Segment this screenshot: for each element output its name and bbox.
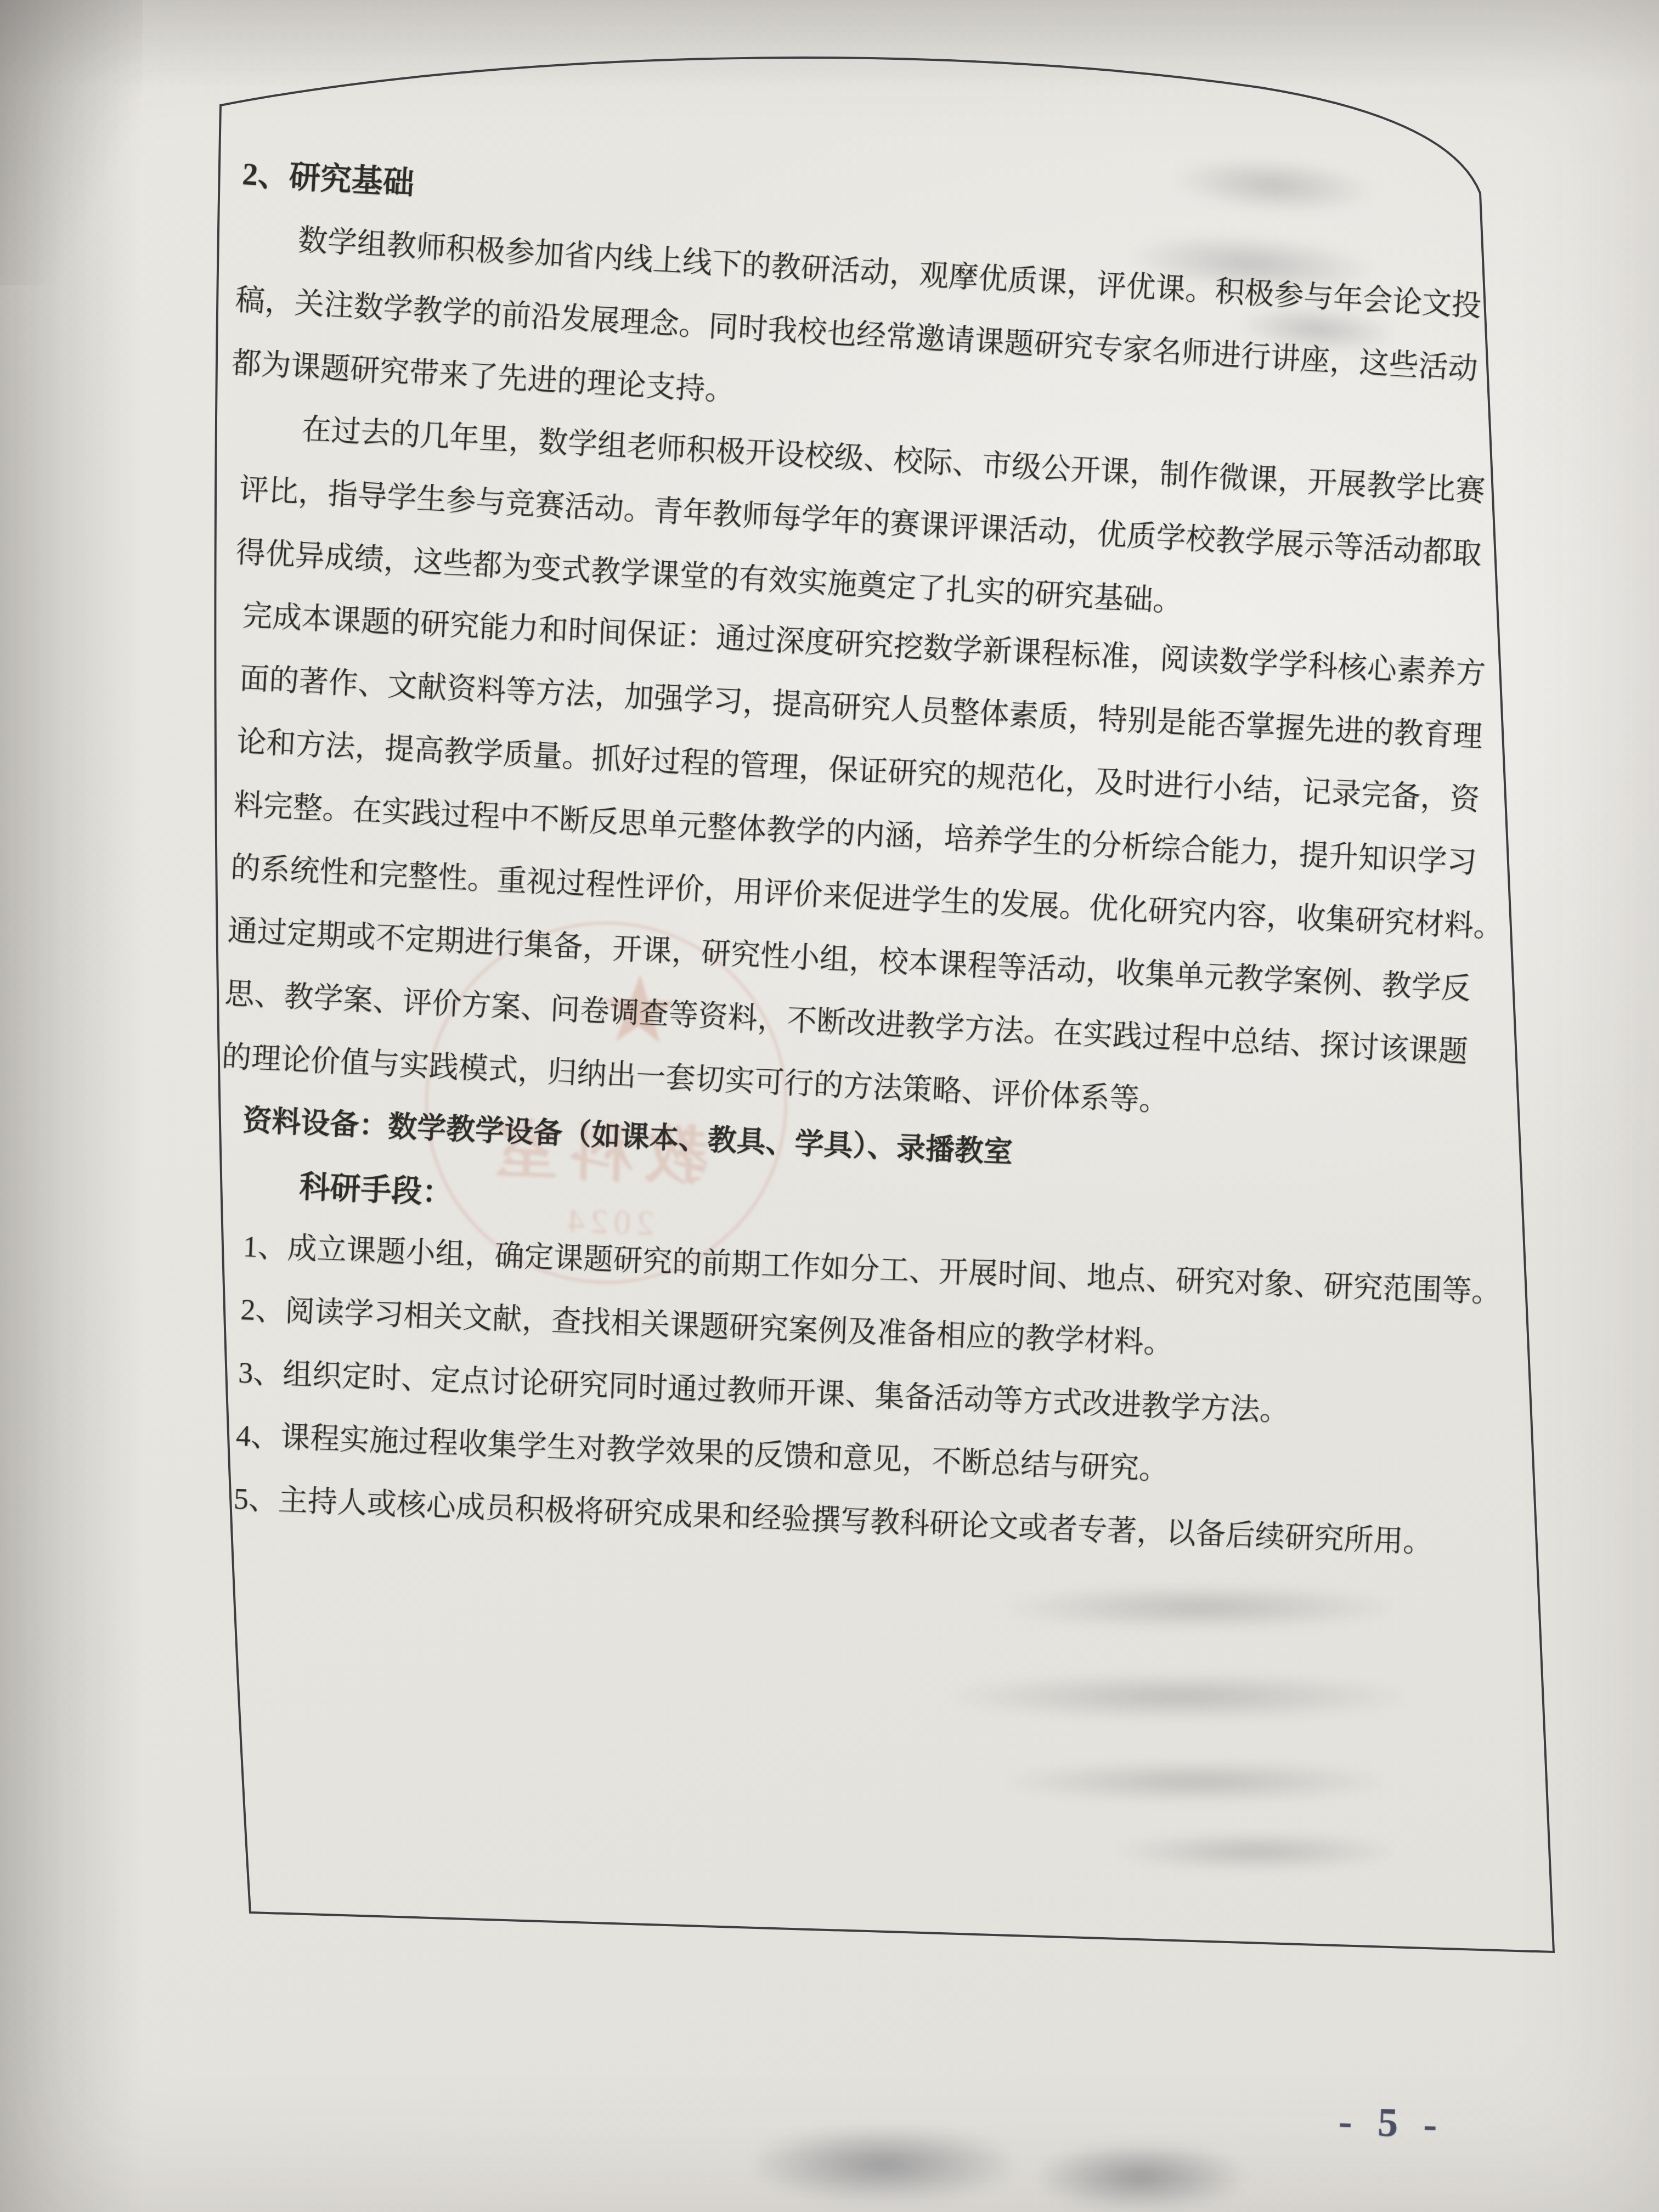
paragraph-3: 完成本课题的研究能力和时间保证：通过深度研究挖数学新课程标准，阅读数学学科核心素…	[221, 584, 1517, 1148]
page-number: - 5 -	[1338, 2098, 1515, 2151]
method-items: 1、成立课题小组，确定课题研究的前期工作如分工、开展时间、地点、研究对象、研究范…	[233, 1215, 1503, 1577]
photographed-document-page: ★ 教科室 2024 2、研究基础 数学组教师积极参加省内线上线下的教研活动，观…	[0, 0, 1659, 2212]
